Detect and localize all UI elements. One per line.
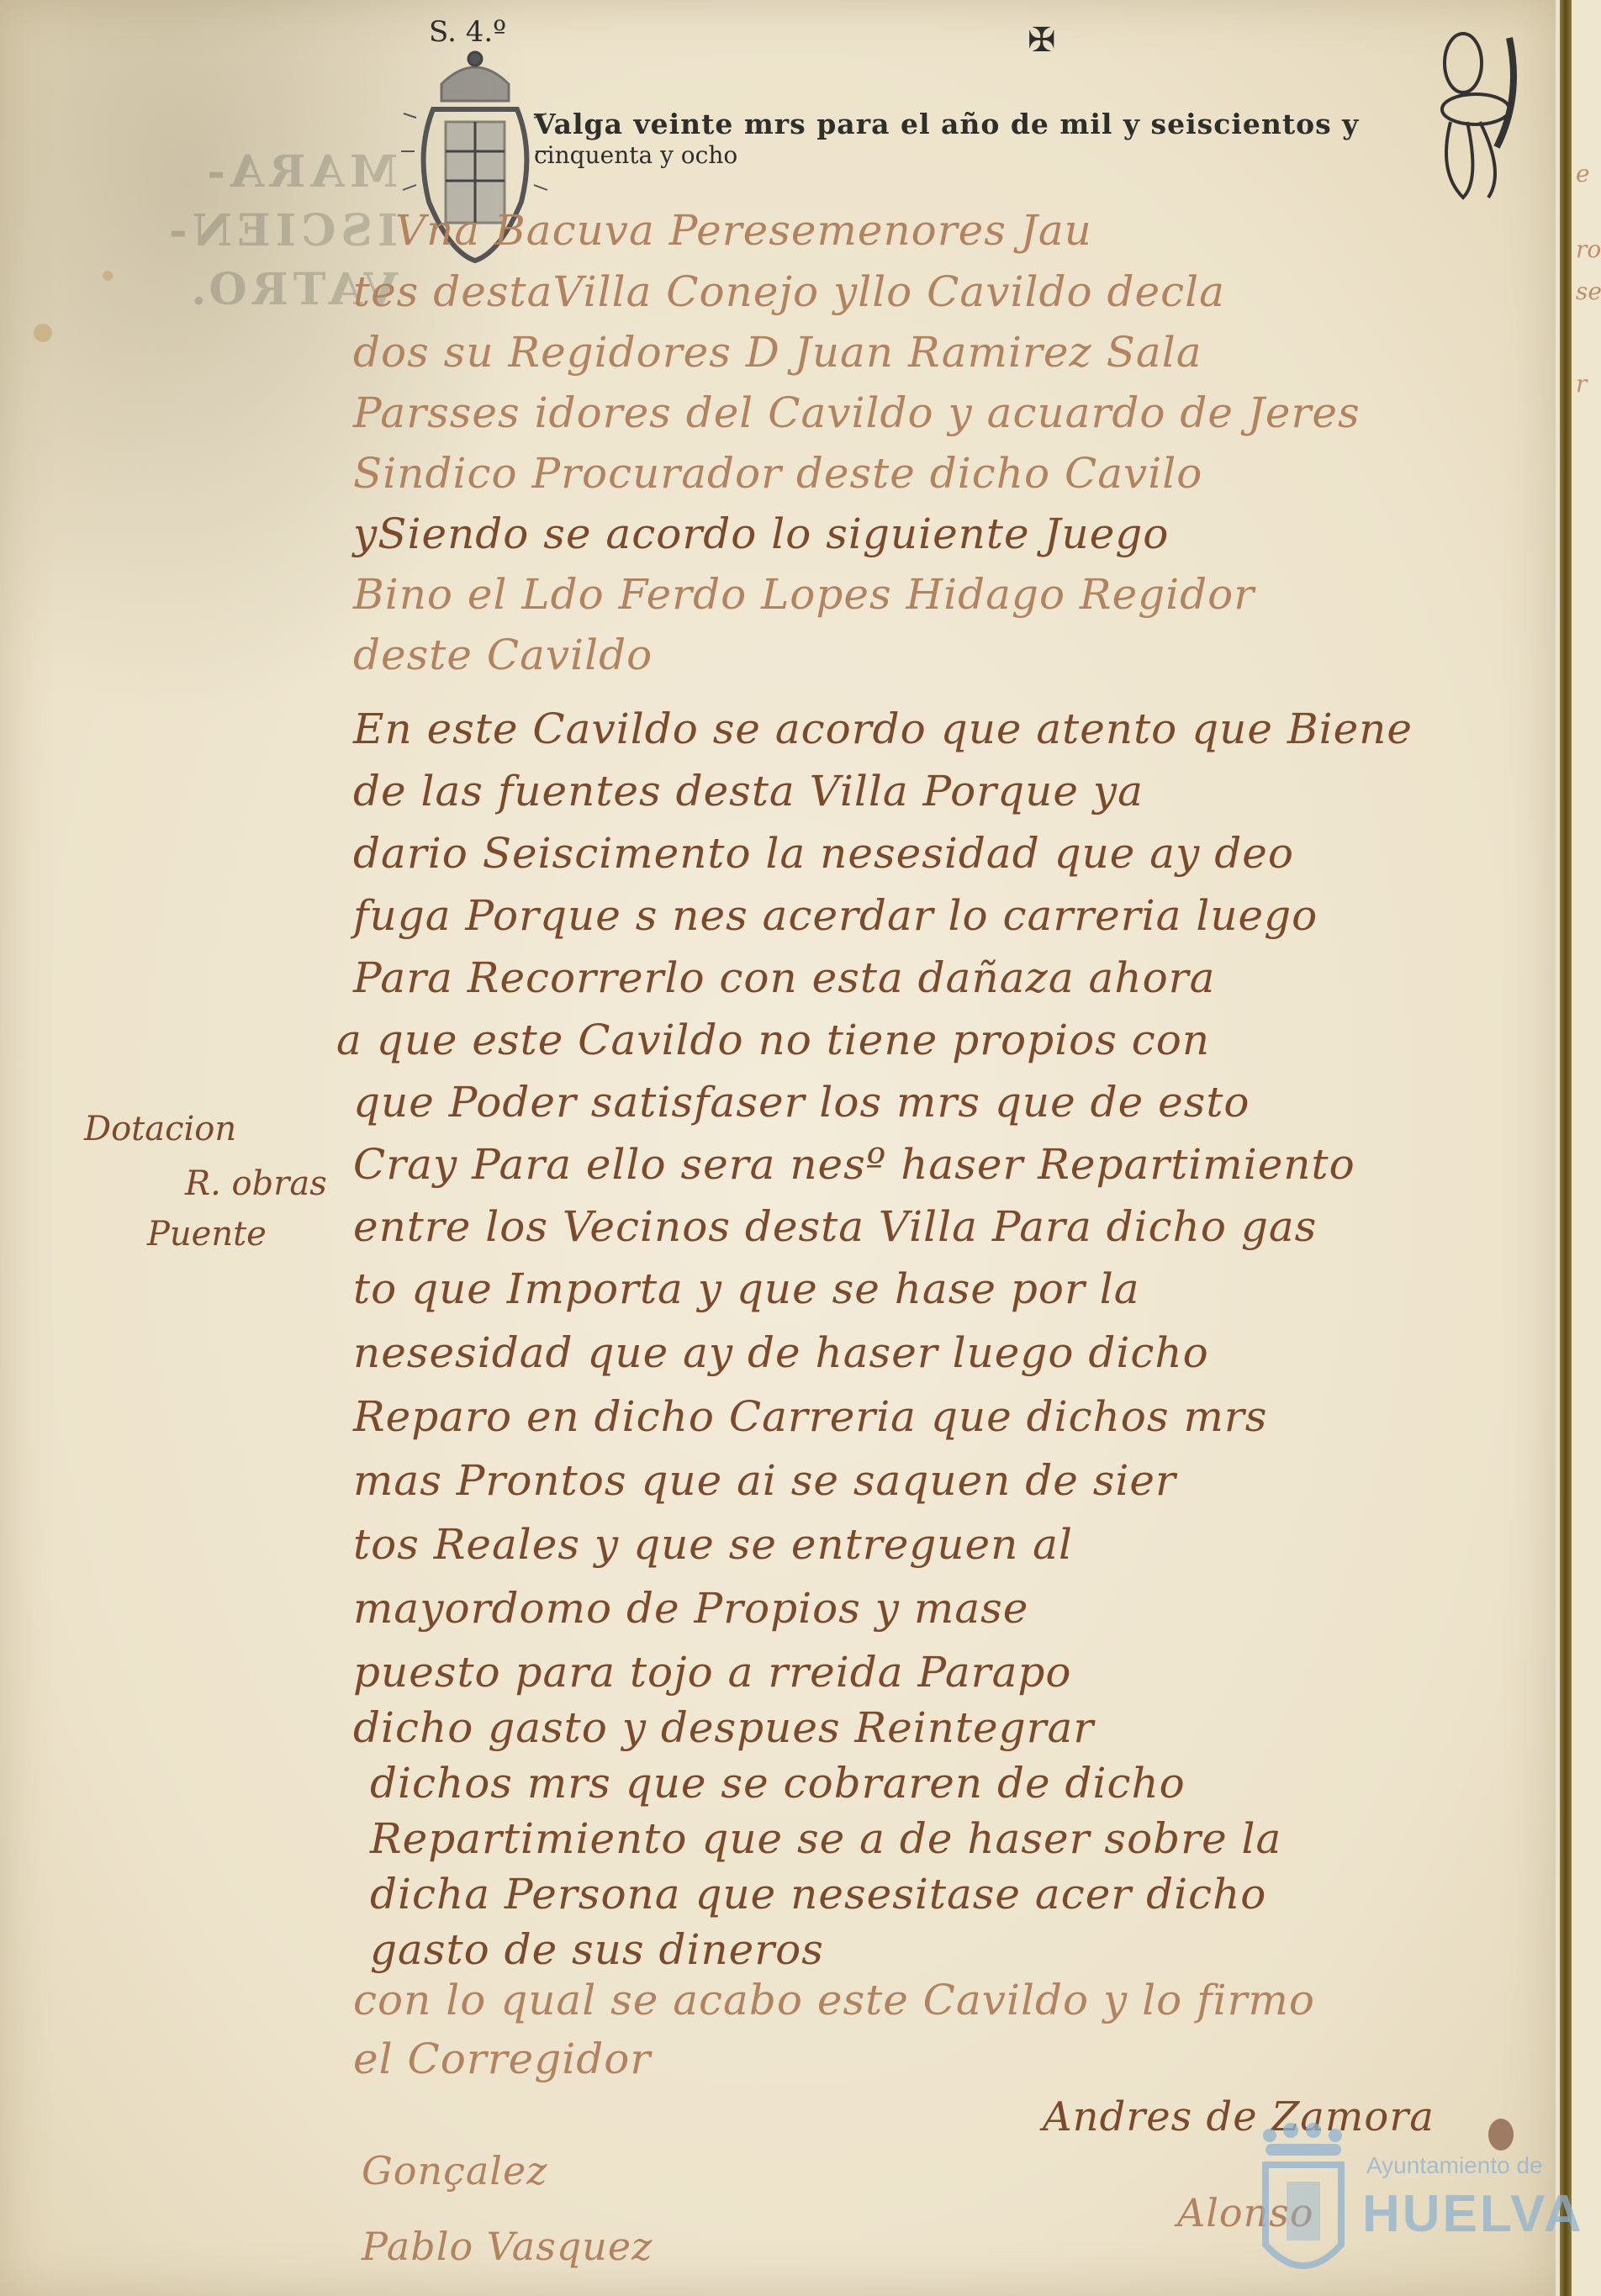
body-line: a que este Cavildo no tiene propios con	[336, 1016, 1210, 1064]
body-line: dicha Persona que nesesitase acer dicho	[370, 1870, 1266, 1919]
body-line: tos Reales y que se entreguen al	[353, 1520, 1073, 1569]
body-line: to que Importa y que se hase por la	[353, 1264, 1140, 1313]
edge-fragment: e	[1576, 160, 1590, 187]
body-line: fuga Porque s nes acerdar lo carreria lu…	[353, 891, 1318, 940]
edge-fragment: r	[1576, 370, 1587, 398]
body-line: mayordomo de Propios y mase	[353, 1584, 1028, 1633]
ink-stain	[34, 324, 52, 342]
cross-icon: ✠	[1028, 21, 1056, 60]
huelva-shield-icon	[1253, 2119, 1354, 2287]
body-line: que Poder satisfaser los mrs que de esto	[353, 1078, 1250, 1127]
body-line: Vna Bacuva Peresemenores Jau	[395, 206, 1092, 255]
body-line: Repartimiento que se a de haser sobre la	[370, 1814, 1281, 1863]
body-line: Reparo en dicho Carreria que dichos mrs	[353, 1392, 1267, 1441]
signature: Gonçalez	[362, 2148, 547, 2193]
printed-heading-line1: Valga veinte mrs para el año de mil y se…	[534, 108, 1359, 140]
body-line: En este Cavildo se acordo que atento que…	[353, 705, 1413, 753]
body-line: dicho gasto y despues Reintegrar	[353, 1703, 1094, 1752]
body-line: dichos mrs que se cobraren de dicho	[370, 1759, 1186, 1808]
ayuntamiento-huelva-watermark: Ayuntamiento de HUELVA	[1253, 2119, 1572, 2287]
next-page-edge	[1572, 0, 1601, 2296]
watermark-line1: Ayuntamiento de	[1366, 2152, 1543, 2179]
body-line: Parsses idores del Cavildo y acuardo de …	[353, 388, 1361, 437]
body-line: mas Prontos que ai se saquen de sier	[353, 1456, 1176, 1505]
body-line: entre los Vecinos desta Villa Para dicho…	[353, 1202, 1317, 1251]
body-line: dos su Regidores D Juan Ramirez Sala	[353, 328, 1202, 377]
binding-edge	[1560, 0, 1572, 2296]
body-line: Sindico Procurador deste dicho Cavilo	[353, 449, 1202, 498]
body-line: deste Cavildo	[353, 631, 653, 679]
signature: Pablo Vasquez	[362, 2224, 653, 2269]
body-line: gasto de sus dineros	[370, 1925, 824, 1974]
body-line: Cray Para ello sera nesº haser Repartimi…	[353, 1140, 1355, 1189]
body-line: puesto para tojo a rreida Parapo	[353, 1648, 1072, 1697]
body-line: dario Seiscimento la nesesidad que ay de…	[353, 829, 1294, 878]
body-line: Para Recorrerlo con esta dañaza ahora	[353, 953, 1215, 1002]
ink-stain	[103, 271, 113, 281]
printed-heading-line2: cinquenta y ocho	[534, 141, 737, 169]
rubric-knot-icon	[1429, 29, 1530, 206]
body-line: el Corregidor	[353, 2035, 651, 2083]
edge-fragment: ro	[1576, 235, 1601, 263]
body-line: nesesidad que ay de haser luego dicho	[353, 1328, 1209, 1377]
body-line: tes destaVilla Conejo yllo Cavildo decla	[353, 267, 1225, 316]
body-line: de las fuentes desta Villa Porque ya	[353, 767, 1144, 815]
watermark-line2: HUELVA	[1362, 2184, 1584, 2244]
body-line: ySiendo se acordo lo siguiente Juego	[353, 509, 1169, 558]
body-line: con lo qual se acabo este Cavildo y lo f…	[353, 1976, 1315, 2024]
body-line: Bino el Ldo Ferdo Lopes Hidago Regidor	[353, 570, 1255, 619]
edge-fragment: se	[1576, 277, 1601, 305]
